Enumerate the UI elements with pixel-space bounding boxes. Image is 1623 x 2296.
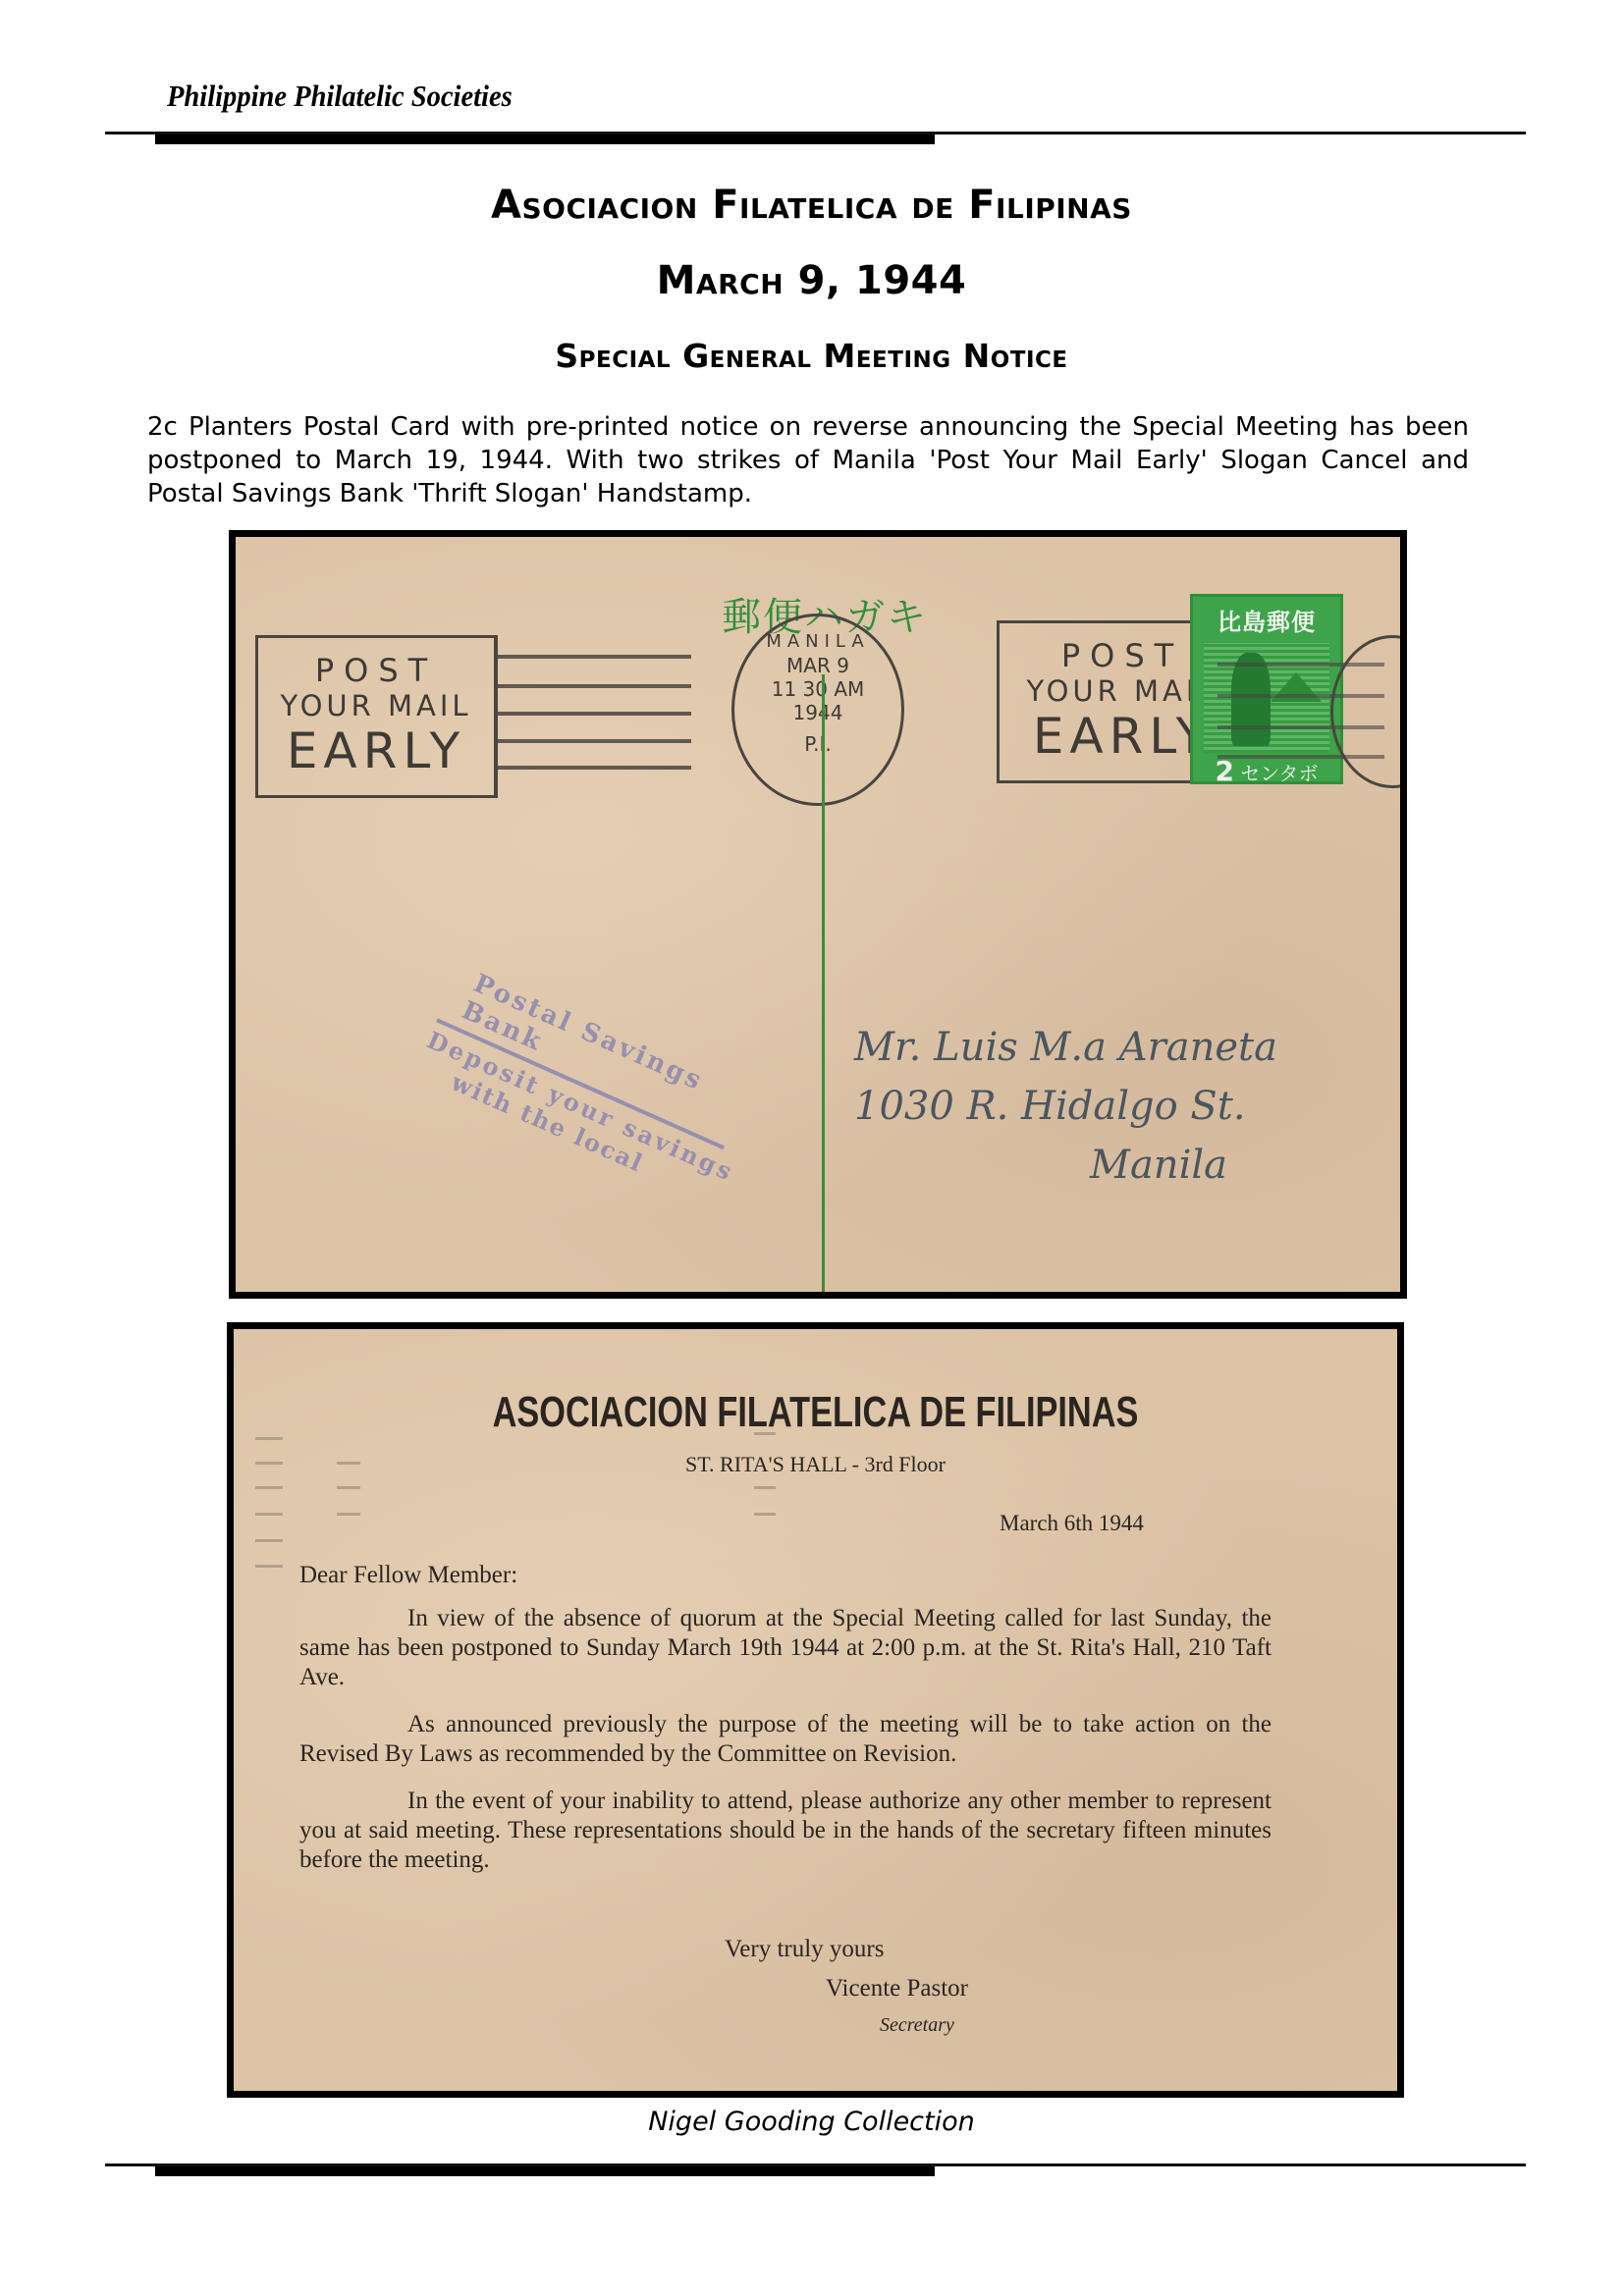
ink-smudge <box>255 1513 283 1516</box>
notice-paragraph-2: As announced previously the purpose of t… <box>299 1710 1271 1769</box>
page-title: Asociacion Filatelica de Filipinas <box>0 183 1623 228</box>
postal-card-front: 郵便ハガキ POST YOUR MAIL EARLY MANILA MAR 9 … <box>236 537 1400 1292</box>
address-line1: Mr. Luis M.a Araneta <box>854 1018 1277 1077</box>
notice-salutation: Dear Fellow Member: <box>299 1561 1271 1590</box>
cancel-bar <box>495 739 691 743</box>
notice-paragraph-1: In view of the absence of quorum at the … <box>299 1604 1271 1692</box>
notice-closing: Very truly yours <box>725 1936 884 1963</box>
postmark-city: MANILA <box>734 630 901 654</box>
cancel-bar <box>495 712 691 716</box>
cancel-bar <box>495 684 691 688</box>
stamp-value-row: 2 センタボ <box>1193 755 1340 787</box>
ink-smudge <box>754 1513 776 1516</box>
page-date: March 9, 1944 <box>0 258 1623 303</box>
address-divider-line <box>822 674 825 1292</box>
slogan-line1: POST <box>258 652 494 689</box>
farmer-figure <box>1231 653 1271 746</box>
postal-savings-handstamp: Postal Savings Bank Deposit your savings… <box>429 969 777 1217</box>
slogan-cancel-left: POST YOUR MAIL EARLY <box>255 635 498 798</box>
notice-hall: ST. RITA'S HALL - 3rd Floor <box>234 1452 1397 1477</box>
postmark-date: MAR 9 <box>734 654 901 677</box>
address-line3: Manila <box>854 1136 1277 1195</box>
ink-smudge <box>255 1486 283 1489</box>
ink-smudge <box>337 1513 360 1516</box>
postmark-manila: MANILA MAR 9 11 30 AM 1944 P.I. <box>731 614 904 806</box>
notice-signatory: Vicente Pastor <box>826 1975 968 2002</box>
item-description: 2c Planters Postal Card with pre-printed… <box>147 410 1469 510</box>
footer-rule-thick <box>155 2166 935 2176</box>
postal-card-back: ASOCIACION FILATELICA DE FILIPINAS ST. R… <box>234 1329 1397 2091</box>
ink-smudge <box>255 1437 283 1440</box>
postal-card-back-frame: ASOCIACION FILATELICA DE FILIPINAS ST. R… <box>227 1322 1404 2098</box>
address-line2: 1030 R. Hidalgo St. <box>854 1077 1277 1136</box>
ink-smudge <box>337 1486 360 1489</box>
running-header: Philippine Philatelic Societies <box>167 79 513 114</box>
ink-smudge <box>754 1486 776 1489</box>
handwritten-address: Mr. Luis M.a Araneta 1030 R. Hidalgo St.… <box>854 1018 1277 1195</box>
postmark-country: P.I. <box>734 732 901 756</box>
postmark-time: 11 30 AM <box>734 677 901 701</box>
slogan-line2: YOUR MAIL <box>258 689 494 722</box>
stamp-value: 2 <box>1215 755 1233 787</box>
postal-card-front-frame: 郵便ハガキ POST YOUR MAIL EARLY MANILA MAR 9 … <box>229 530 1407 1299</box>
ink-smudge <box>255 1539 283 1542</box>
stamp-value-text: センタボ <box>1240 762 1318 785</box>
cancel-bar <box>495 655 691 659</box>
slogan-line3: EARLY <box>258 722 494 779</box>
notice-paragraph-3: In the event of your inability to attend… <box>299 1787 1271 1875</box>
planter-illustration <box>1204 643 1329 753</box>
notice-date: March 6th 1944 <box>1000 1511 1144 1536</box>
notice-signatory-title: Secretary <box>880 2014 954 2037</box>
collection-credit: Nigel Gooding Collection <box>0 2107 1623 2137</box>
postmark-year: 1944 <box>734 701 901 724</box>
page-subtitle: Special General Meeting Notice <box>0 337 1623 375</box>
ink-smudge <box>255 1565 283 1568</box>
cancel-bar <box>495 766 691 770</box>
notice-letter: Dear Fellow Member: In view of the absen… <box>299 1561 1271 1893</box>
notice-organization: ASOCIACION FILATELICA DE FILIPINAS <box>361 1388 1269 1437</box>
stamp-top-text: 比島郵便 <box>1193 603 1340 637</box>
header-rule-thick <box>155 134 935 144</box>
